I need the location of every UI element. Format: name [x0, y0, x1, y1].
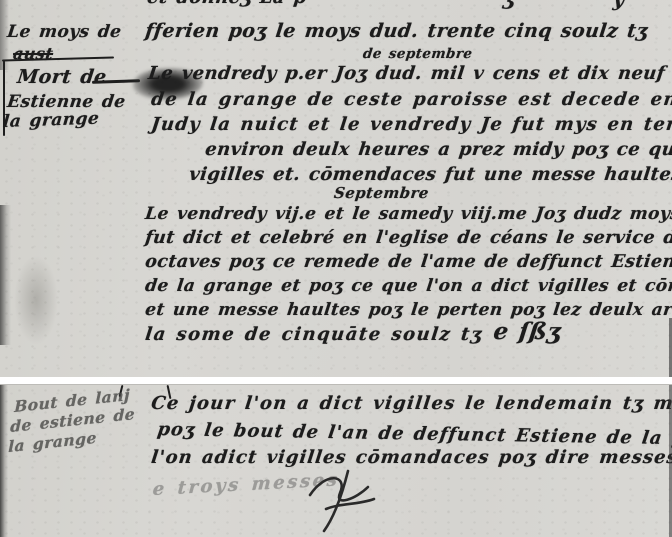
- anniversary-entry-line: Ce jour l'on a dict vigilles le lendemai…: [150, 393, 672, 414]
- service-entry-line: Le vendredy vij.e et le samedy viij.me J…: [144, 204, 672, 224]
- page-edge-smudge: [0, 385, 8, 537]
- burial-entry-line: Le vendredy p.er Joʒ dud. mil v cens et …: [147, 63, 672, 84]
- cropped-top-line-fragment: et donnéʒ La p: [146, 0, 308, 8]
- page-edge-smudge: [0, 205, 11, 345]
- service-entry-line: fut dict et celebré en l'eglise de céans…: [144, 228, 672, 248]
- margin-note-death: la grange: [2, 109, 100, 132]
- paraph-flourish: [296, 469, 392, 533]
- bottom-page-scan: Bout de lanj de estiene de la grange Ce …: [0, 384, 672, 537]
- service-entry-line: et une messe haultes poʒ le perten poʒ l…: [144, 300, 672, 320]
- paper-stain: [14, 255, 58, 345]
- service-entry-line: la some de cinquāte soulz tʒ: [144, 324, 484, 345]
- manuscript-scan: et donnéʒ La p ʒ y fferien poʒ le moys d…: [0, 0, 672, 537]
- top-page-scan: et donnéʒ La p ʒ y fferien poʒ le moys d…: [0, 0, 672, 377]
- fee-line: fferien poʒ le moys dud. trente cinq sou…: [144, 20, 649, 42]
- anniversary-entry-line: l'on adict vigilles cōmandaces poʒ dire …: [150, 447, 672, 468]
- burial-entry-line: Judy la nuict et le vendredy Je fut mys …: [150, 114, 672, 135]
- margin-note-month: Le moys de: [6, 22, 123, 42]
- service-entry-line: de la grange et poʒ ce que l'on a dict v…: [144, 276, 672, 296]
- month-heading: Septembre: [333, 184, 430, 202]
- margin-note-death: Mort de: [16, 66, 108, 88]
- burial-entry-line: vigilles et. cōmendaces fut une messe ha…: [188, 164, 672, 185]
- burial-entry-line: environ deulx heures a prez midy poʒ ce …: [204, 139, 672, 160]
- cropped-top-line-fragment: ʒ: [502, 0, 516, 10]
- anniversary-entry-line: poʒ le bout de l'an de deffunct Estiene …: [156, 419, 672, 450]
- burial-entry-line: de la grange de ceste paroisse est deced…: [150, 89, 672, 110]
- service-entry-line: octaves poʒ ce remede de l'ame de deffun…: [144, 252, 672, 272]
- cropped-top-line-fragment: y: [612, 0, 626, 11]
- paraph-mark: e ſßʒ: [492, 318, 562, 345]
- interline-note: de septembre: [362, 46, 473, 62]
